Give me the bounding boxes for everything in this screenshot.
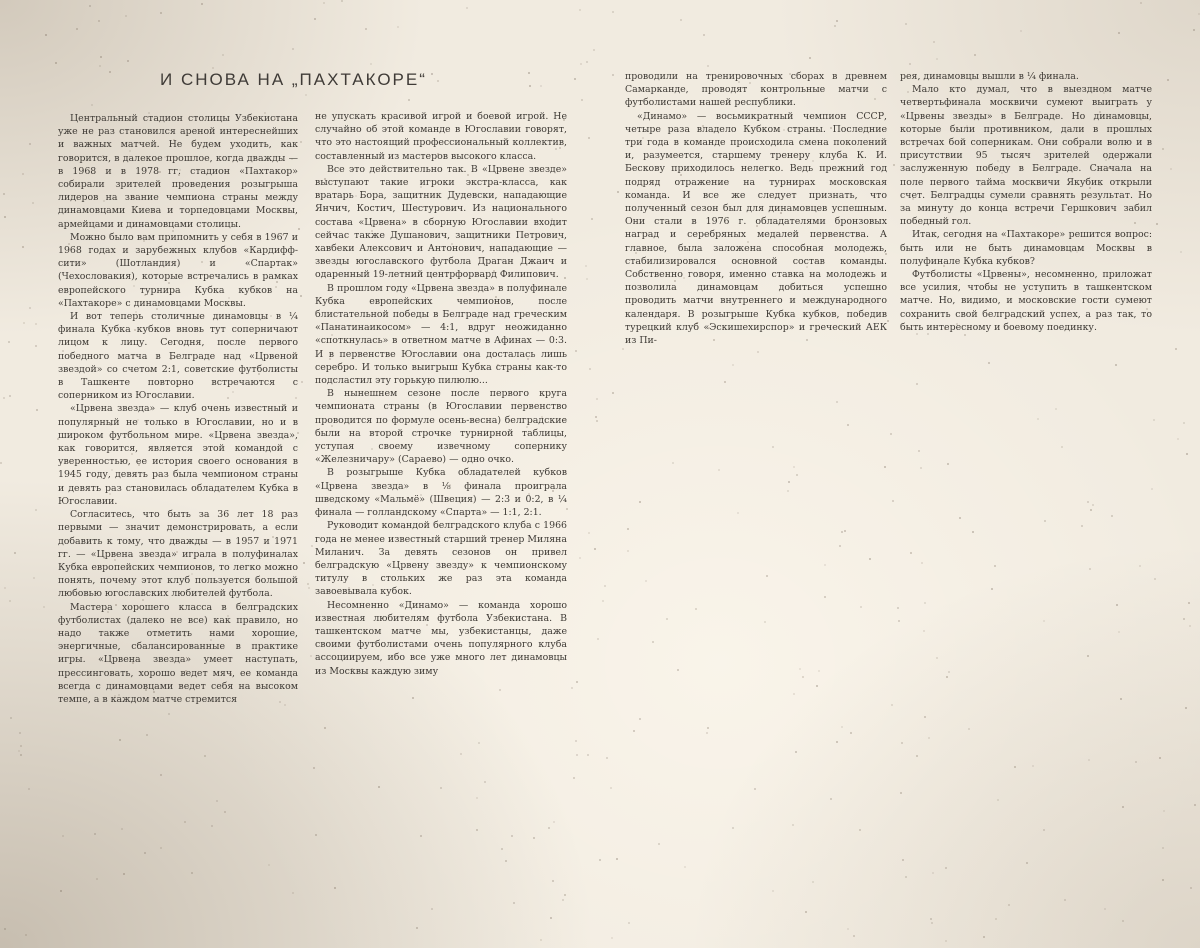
article-column-4: рея, динамовцы вышли в ¼ финала. Мало кт…	[900, 70, 1152, 334]
paragraph: Центральный стадион столицы Узбекистана …	[58, 112, 298, 231]
article-column-3: проводили на тренировочных сборах в древ…	[625, 70, 887, 347]
paragraph: Можно было вам припомнить у себя в 1967 …	[58, 231, 298, 310]
paragraph: Мало кто думал, что в выездном матче чет…	[900, 83, 1152, 228]
paragraph: Согласитесь, что быть за 36 лет 18 раз п…	[58, 508, 298, 600]
paragraph: Несомненно «Динамо» — команда хорошо изв…	[315, 599, 567, 678]
paragraph: Мастера хорошего класса в белградских фу…	[58, 601, 298, 707]
paragraph: Все это действительно так. В «Црвене зве…	[315, 163, 567, 282]
paragraph: В прошлом году «Црвена звезда» в полуфин…	[315, 282, 567, 388]
paragraph: И вот теперь столичные динамовцы в ¼ фин…	[58, 310, 298, 402]
paragraph: проводили на тренировочных сборах в древ…	[625, 70, 887, 110]
article-column-1: Центральный стадион столицы Узбекистана …	[58, 112, 298, 706]
paragraph: «Динамо» — восьмикратный чемпион СССР, ч…	[625, 110, 887, 348]
article-column-2: не упускать красивой игрой и боевой игро…	[315, 110, 567, 678]
paragraph: Руководит командой белградского клуба с …	[315, 519, 567, 598]
paragraph: Футболисты «Црвены», несомненно, приложа…	[900, 268, 1152, 334]
paragraph: не упускать красивой игрой и боевой игро…	[315, 110, 567, 163]
paragraph: Итак, сегодня на «Пахтакоре» решится воп…	[900, 228, 1152, 268]
paragraph: рея, динамовцы вышли в ¼ финала.	[900, 70, 1152, 83]
paragraph: В нынешнем сезоне после первого круга че…	[315, 387, 567, 466]
article-title: И СНОВА НА „ПАХТАКОРЕ“	[160, 70, 560, 90]
paragraph: «Црвена звезда» — клуб очень известный и…	[58, 402, 298, 508]
